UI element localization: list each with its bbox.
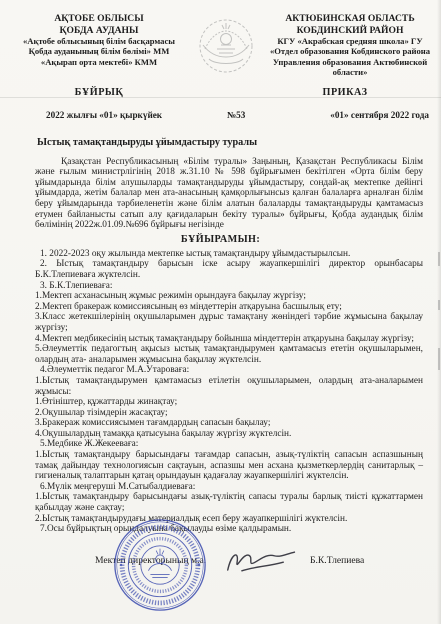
order-item: 7.Осы бұйрықтың орындалуына бақылауды өз… bbox=[35, 524, 423, 535]
scan-artifact-line bbox=[0, 97, 441, 98]
signer-name: Б.К.Тлепиева bbox=[310, 555, 364, 566]
order-subitem: 5.Әлеуметтік педагогтың ақысыз ыстық там… bbox=[35, 344, 423, 365]
scan-edge-mark bbox=[438, 252, 440, 266]
org-name-line: «Ақтобе облысының білім басқармасы bbox=[3, 36, 195, 46]
order-subsubitem: 1.Өтініштер, құжаттарды жинақтау; bbox=[35, 397, 423, 408]
order-subitem: 2.Мектеп бракераж комиссиясының өз мінде… bbox=[35, 302, 423, 313]
document-title: Ыстық тамақтандыруды ұйымдастыру туралы bbox=[37, 137, 423, 148]
emblem-container bbox=[195, 13, 257, 77]
document-page: АҚТОБЕ ОБЛЫСЫ ҚОБДА АУДАНЫ «Ақтобе облыс… bbox=[0, 0, 441, 624]
handwritten-signature-icon bbox=[223, 545, 301, 575]
order-date-kazakh: 2022 жылғы «01» қыркүйек bbox=[46, 110, 162, 120]
kazakhstan-emblem-icon bbox=[195, 15, 257, 77]
org-name-line: КОБДИНСКИЙ РАЙОН bbox=[257, 25, 441, 37]
order-item: 4.Әлеуметтік педагог М.А.Утароваға: bbox=[35, 365, 423, 376]
org-name-line: Қобда ауданының білім бөлімі» ММ bbox=[3, 46, 195, 56]
order-item: 3. Б.К.Тлепиеваға: bbox=[35, 281, 423, 292]
preamble-paragraph: Қазақстан Республикасының «Білім туралы»… bbox=[35, 157, 423, 231]
scan-edge-mark bbox=[438, 300, 440, 310]
order-subitem: 1.Мектеп асханасының жұмыс режимін орынд… bbox=[35, 291, 423, 302]
order-subitem: 4.Мектеп медбикесінің ыстық тамақтандыру… bbox=[35, 334, 423, 345]
resolve-heading: БҰЙЫРАМЫН: bbox=[0, 234, 441, 245]
org-name-line: АКТЮБИНСКАЯ ОБЛАСТЬ bbox=[257, 13, 441, 25]
order-subitem: 1.Ыстық тамақтандырумен қамтамасыз етіле… bbox=[35, 376, 423, 397]
order-item: 2. Ыстық тамақтандыру барысын іске асыру… bbox=[35, 259, 423, 280]
order-subitem: 2.Ыстық тамақтандырудағы материалдық есе… bbox=[35, 514, 423, 525]
org-name-line: ҚОБДА АУДАНЫ bbox=[3, 25, 195, 37]
signer-role: Мектеп директорының м.а. bbox=[95, 555, 206, 566]
scan-edge-shadow bbox=[437, 0, 441, 624]
order-subsubitem: 3.Бракераж комиссиясымен тағамдардың сап… bbox=[35, 418, 423, 429]
order-subitem: 1.Ыстық тамақтандыру барысындағы азық-тү… bbox=[35, 492, 423, 513]
header-right-russian: АКТЮБИНСКАЯ ОБЛАСТЬ КОБДИНСКИЙ РАЙОН КГУ… bbox=[257, 13, 441, 78]
document-header: АҚТОБЕ ОБЛЫСЫ ҚОБДА АУДАНЫ «Ақтобе облыс… bbox=[0, 13, 441, 78]
order-subitem: 3.Класс жетекшілерінің оқушыларымен дұры… bbox=[35, 312, 423, 333]
order-date-russian: «01» сентября 2022 года bbox=[330, 110, 429, 120]
org-name-line: области» bbox=[257, 67, 441, 77]
order-items-list: 1. 2022-2023 оқу жылында мектепке ыстық … bbox=[35, 249, 423, 535]
scan-edge-mark bbox=[438, 348, 440, 370]
order-label-kazakh: БҰЙРЫҚ bbox=[3, 87, 195, 98]
date-number-row: 2022 жылғы «01» қыркүйек №53 «01» сентяб… bbox=[0, 110, 441, 120]
order-label-russian: ПРИКАЗ bbox=[252, 87, 438, 98]
org-name-line: КГУ «Акрабская средняя школа» ГУ bbox=[257, 36, 441, 46]
org-name-line: Управления образования Актюбинской bbox=[257, 57, 441, 67]
order-number: №53 bbox=[227, 110, 245, 120]
org-name-line: «Отдел образования Кобдинского района bbox=[257, 46, 441, 56]
order-labels-row: БҰЙРЫҚ ПРИКАЗ bbox=[0, 87, 441, 98]
order-subsubitem: 4.Оқушылардың тамаққа қатысуына бақылау … bbox=[35, 429, 423, 440]
org-name-line: «Ақырап орта мектебі» КММ bbox=[3, 57, 195, 67]
header-left-kazakh: АҚТОБЕ ОБЛЫСЫ ҚОБДА АУДАНЫ «Ақтобе облыс… bbox=[3, 13, 195, 67]
org-name-line: АҚТОБЕ ОБЛЫСЫ bbox=[3, 13, 195, 25]
order-subitem: 1.Ыстық тамақтандыру барысындағы тағамда… bbox=[35, 450, 423, 482]
order-item: 6.Мүлік меңгеруші М.Сатыбалдиеваға: bbox=[35, 482, 423, 493]
order-subsubitem: 2.Оқушылар тізімдерін жасақтау; bbox=[35, 408, 423, 419]
order-item: 1. 2022-2023 оқу жылында мектепке ыстық … bbox=[35, 249, 423, 260]
order-item: 5.Медбике Ж.Жекееваға: bbox=[35, 439, 423, 450]
signature-row: Мектеп директорының м.а. Б.К.Тлепиева bbox=[95, 549, 441, 569]
